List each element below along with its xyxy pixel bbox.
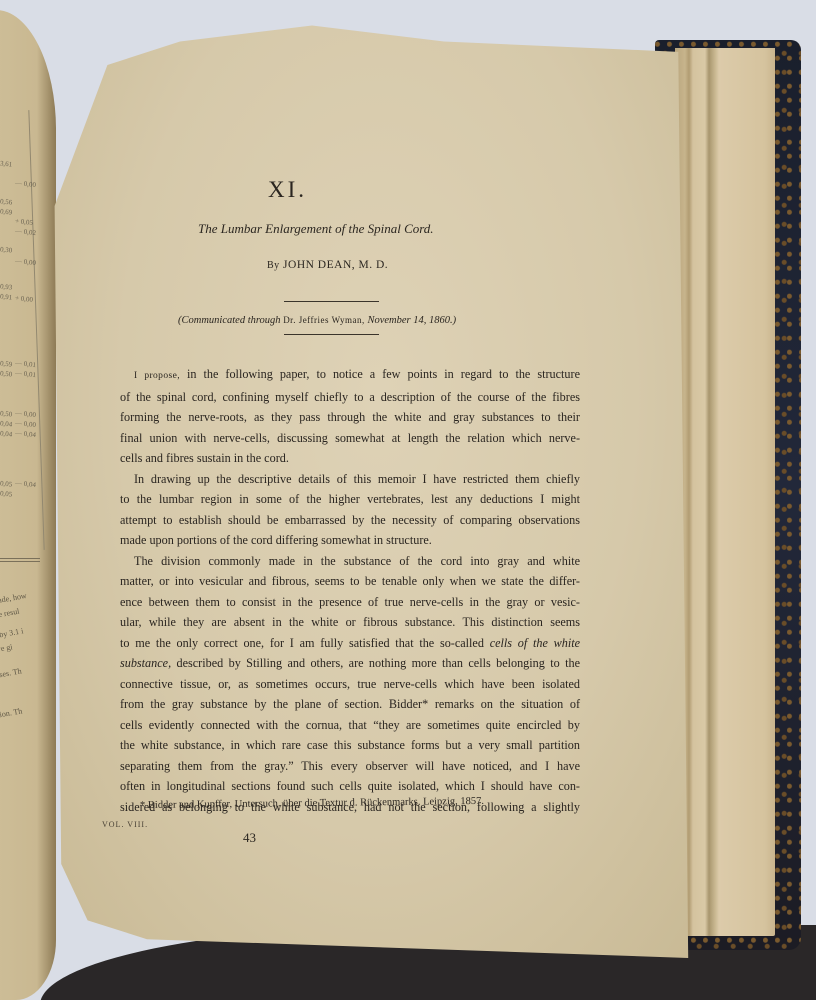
left-table-cell: — 0,04 — [15, 429, 37, 439]
left-table-cell: 0,50 — [0, 369, 13, 378]
body-line: ular, while they are absent in the white… — [120, 612, 580, 633]
left-table-cell: — 0,00 — [15, 419, 37, 429]
body-text: I propose, in the following paper, to no… — [120, 364, 580, 817]
left-page-text-fragment: mo cases. Th — [0, 666, 22, 682]
volume-label: VOL. VIII. — [102, 820, 148, 829]
line-text: the white substance, in which rare case … — [120, 738, 580, 752]
left-page-text-fragment: ere made, how — [0, 591, 27, 608]
left-table-cell: 0,59 — [0, 359, 13, 368]
communicator-name: Dr. Jeffries Wyman, — [283, 315, 365, 325]
byline: By JOHN DEAN, M. D. — [267, 259, 388, 271]
section-number: XI. — [268, 177, 307, 203]
line-text: final union with nerve-cells, discussing… — [120, 431, 580, 445]
line-text: often in longitudinal sections found suc… — [120, 779, 580, 793]
line-text: connective tissue, or, as sometimes occu… — [120, 677, 580, 691]
left-table-cell: 0,56 — [0, 197, 13, 206]
line-text: made upon portions of the cord differing… — [120, 533, 432, 547]
line-text: forming the nerve-roots, as they pass th… — [120, 410, 580, 424]
left-page-text-fragment: r I have gi — [0, 642, 13, 657]
left-table-cell: — 0,00 — [15, 179, 37, 189]
left-table-cell: — 0,00 — [15, 409, 37, 419]
body-line: connective tissue, or, as sometimes occu… — [120, 674, 580, 695]
author-name: JOHN DEAN, M. D. — [283, 259, 388, 271]
body-line: I propose, in the following paper, to no… — [120, 364, 580, 387]
left-page-text-fragment: erception. Th — [0, 706, 23, 722]
body-line: separating them from the gray.” This eve… — [120, 756, 580, 777]
left-table-cell: + 0,05 — [15, 217, 34, 227]
body-line: forming the nerve-roots, as they pass th… — [120, 407, 580, 428]
body-line: final union with nerve-cells, discussing… — [120, 428, 580, 449]
body-line: matter, or into vesicular and fibrous, s… — [120, 571, 580, 592]
table-bottom-rule — [0, 558, 40, 562]
left-table-cell: — 0,01 — [15, 359, 37, 369]
left-page-text-fragment: ar. The resul — [0, 607, 20, 623]
left-page: 3,610,560,690,300,930,910,590,500,500,04… — [0, 10, 56, 1000]
left-table-cell: 0,04 — [0, 429, 13, 438]
line-text: in the following paper, to notice a few … — [180, 367, 580, 381]
body-line: to the lumbar region in some of the high… — [120, 489, 580, 510]
left-table-cell: 0,50 — [0, 409, 13, 418]
left-table-cell: — 0,02 — [15, 227, 37, 237]
line-text: cells and fibres sustain in the cord. — [120, 451, 289, 465]
left-table-cell: 0,91 — [0, 292, 13, 301]
left-table-cell: — 0,01 — [15, 369, 37, 379]
line-text: to the lumbar region in some of the high… — [120, 492, 580, 506]
body-line: cells evidently connected with the cornu… — [120, 715, 580, 736]
left-table-cell: 0,30 — [0, 245, 13, 254]
line-text: In drawing up the descriptive details of… — [134, 472, 580, 486]
line-text: separating them from the gray.” This eve… — [120, 759, 580, 773]
line-text: to me the only correct one, for I am ful… — [120, 636, 490, 650]
line-text: cells evidently connected with the cornu… — [120, 718, 580, 732]
line-text: attempt to establish should be embarrass… — [120, 513, 580, 527]
body-line: cells and fibres sustain in the cord. — [120, 448, 580, 469]
line-text: described by Stilling and others, are no… — [171, 656, 580, 670]
left-table-cell: 0,05 — [0, 479, 13, 488]
rule-top — [284, 301, 379, 302]
small-caps-opening: I propose, — [134, 371, 180, 381]
line-text: The division commonly made in the substa… — [134, 554, 580, 568]
body-line: attempt to establish should be embarrass… — [120, 510, 580, 531]
left-table-cell: 0,05 — [0, 489, 13, 498]
body-line: often in longitudinal sections found suc… — [120, 776, 580, 797]
communicated-date: November 14, 1860.) — [367, 315, 456, 326]
body-line: ence between them to consist in the pres… — [120, 592, 580, 613]
line-text: ence between them to consist in the pres… — [120, 595, 580, 609]
left-page-text-fragment: ained by 3.1 i — [0, 626, 24, 642]
communicated-line: (Communicated through Dr. Jeffries Wyman… — [178, 315, 456, 326]
line-text: from the gray substance by the plane of … — [120, 697, 580, 711]
body-line: from the gray substance by the plane of … — [120, 694, 580, 715]
line-text: of the spinal cord, confining myself chi… — [120, 390, 580, 404]
left-table-cell: — 0,00 — [15, 257, 37, 267]
left-table-cell: + 0,00 — [15, 294, 34, 304]
page-number: 43 — [243, 830, 256, 846]
left-table-cell: — 0,04 — [15, 479, 37, 489]
line-text: matter, or into vesicular and fibrous, s… — [120, 574, 580, 588]
body-line: of the spinal cord, confining myself chi… — [120, 387, 580, 408]
left-table-cell: 0,04 — [0, 419, 13, 428]
left-table-cell: 0,69 — [0, 207, 13, 216]
italic-phrase: substance, — [120, 656, 171, 670]
page-stack-edges — [675, 48, 775, 936]
communicated-prefix: (Communicated through — [178, 315, 281, 326]
article-title: The Lumbar Enlargement of the Spinal Cor… — [198, 221, 434, 237]
book-photo: 3,610,560,690,300,930,910,590,500,500,04… — [0, 0, 816, 1000]
body-line: In drawing up the descriptive details of… — [120, 469, 580, 490]
byline-prefix: By — [267, 260, 280, 271]
body-line: substance, described by Stilling and oth… — [120, 653, 580, 674]
body-line: The division commonly made in the substa… — [120, 551, 580, 572]
left-table-cell: 3,61 — [0, 159, 13, 168]
italic-phrase: cells of the white — [490, 636, 580, 650]
body-line: the white substance, in which rare case … — [120, 735, 580, 756]
body-line: to me the only correct one, for I am ful… — [120, 633, 580, 654]
left-table-cell: 0,93 — [0, 282, 13, 291]
body-line: made upon portions of the cord differing… — [120, 530, 580, 551]
line-text: ular, while they are absent in the white… — [120, 615, 580, 629]
rule-bottom — [284, 334, 379, 335]
